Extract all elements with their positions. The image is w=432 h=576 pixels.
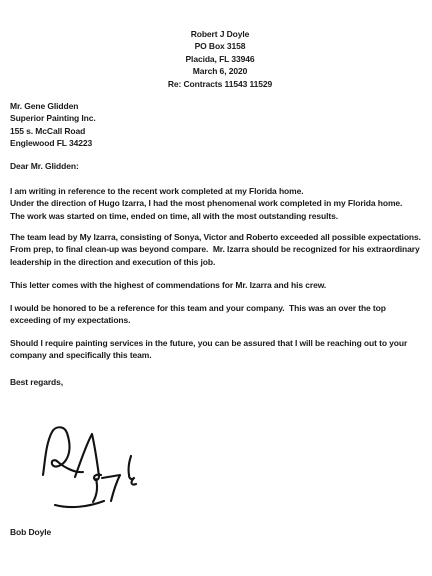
sender-address-block: Robert J Doyle PO Box 3158 Placida, FL 3… [0,28,432,90]
salutation: Dear Mr. Glidden: [10,160,79,172]
closing-phrase: Best regards, [10,376,63,388]
handwritten-signature-icon [36,421,150,513]
paragraph-5: Should I require painting services in th… [10,337,407,362]
paragraph-4: I would be honored to be a reference for… [10,302,386,327]
paragraph-3: This letter comes with the highest of co… [10,279,326,291]
recipient-address-block: Mr. Gene Glidden Superior Painting Inc. … [10,100,96,150]
signature-name: Bob Doyle [10,526,51,538]
paragraph-2: The team lead by My Izarra, consisting o… [10,231,421,268]
letter-page: Robert J Doyle PO Box 3158 Placida, FL 3… [0,0,432,576]
paragraph-1: I am writing in reference to the recent … [10,185,402,222]
